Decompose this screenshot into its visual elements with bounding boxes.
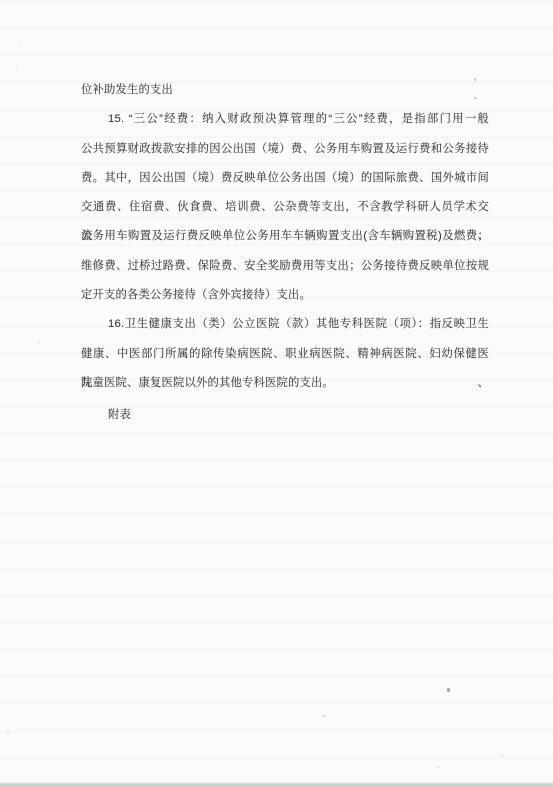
document-line: 公务用车购置及运行费反映单位公务用车车辆购置支出(含车辆购置税)及燃费、 <box>81 222 489 251</box>
document-line: 健康、中医部门所属的除传染病医院、职业病医院、精神病医院、妇幼保健医院、 <box>81 340 489 369</box>
scan-speck <box>447 688 450 692</box>
scan-speck <box>491 15 492 16</box>
document-line: 维修费、过桥过路费、保险费、安全奖励费用等支出；公务接待费反映单位按规 <box>81 252 489 281</box>
scan-bottom-edge <box>0 782 553 787</box>
document-line: 公共预算财政拨款安排的因公出国（境）费、公务用车购置及运行费和公务接待 <box>81 135 489 164</box>
scan-speck <box>501 754 503 756</box>
scan-speck <box>437 766 439 768</box>
document-line: 附表 <box>81 401 489 430</box>
scan-speck <box>474 78 476 81</box>
scan-speck <box>19 44 21 45</box>
document-line: 15. “三公”经费：纳入财政预决算管理的“三公”经费，是指部门用一般 <box>81 105 489 134</box>
scan-speck <box>473 212 475 214</box>
scan-speck <box>38 341 40 343</box>
document-line: 位补助发生的支出 <box>81 76 489 105</box>
scan-speck <box>474 97 477 99</box>
scan-speck <box>474 178 476 180</box>
document-line: 16.卫生健康支出（类）公立医院（款）其他专科医院（项）：指反映卫生 <box>81 310 489 339</box>
scan-speck <box>7 732 9 734</box>
scan-page: 位补助发生的支出15. “三公”经费：纳入财政预决算管理的“三公”经费，是指部门… <box>0 0 553 787</box>
document-line: 费。其中，因公出国（境）费反映单位公务出国（境）的国际旅费、国外城市间 <box>81 164 489 193</box>
scan-speck <box>474 117 476 119</box>
scan-speck <box>322 715 326 717</box>
scan-speck <box>8 468 9 469</box>
scan-speck <box>16 68 18 69</box>
document-text: 位补助发生的支出15. “三公”经费：纳入财政预决算管理的“三公”经费，是指部门… <box>81 76 489 431</box>
document-line: 交通费、住宿费、伙食费、培训费、公杂费等支出，不含教学科研人员学术交流； <box>81 193 489 222</box>
document-line: 定开支的各类公务接待（含外宾接待）支出。 <box>81 281 489 310</box>
